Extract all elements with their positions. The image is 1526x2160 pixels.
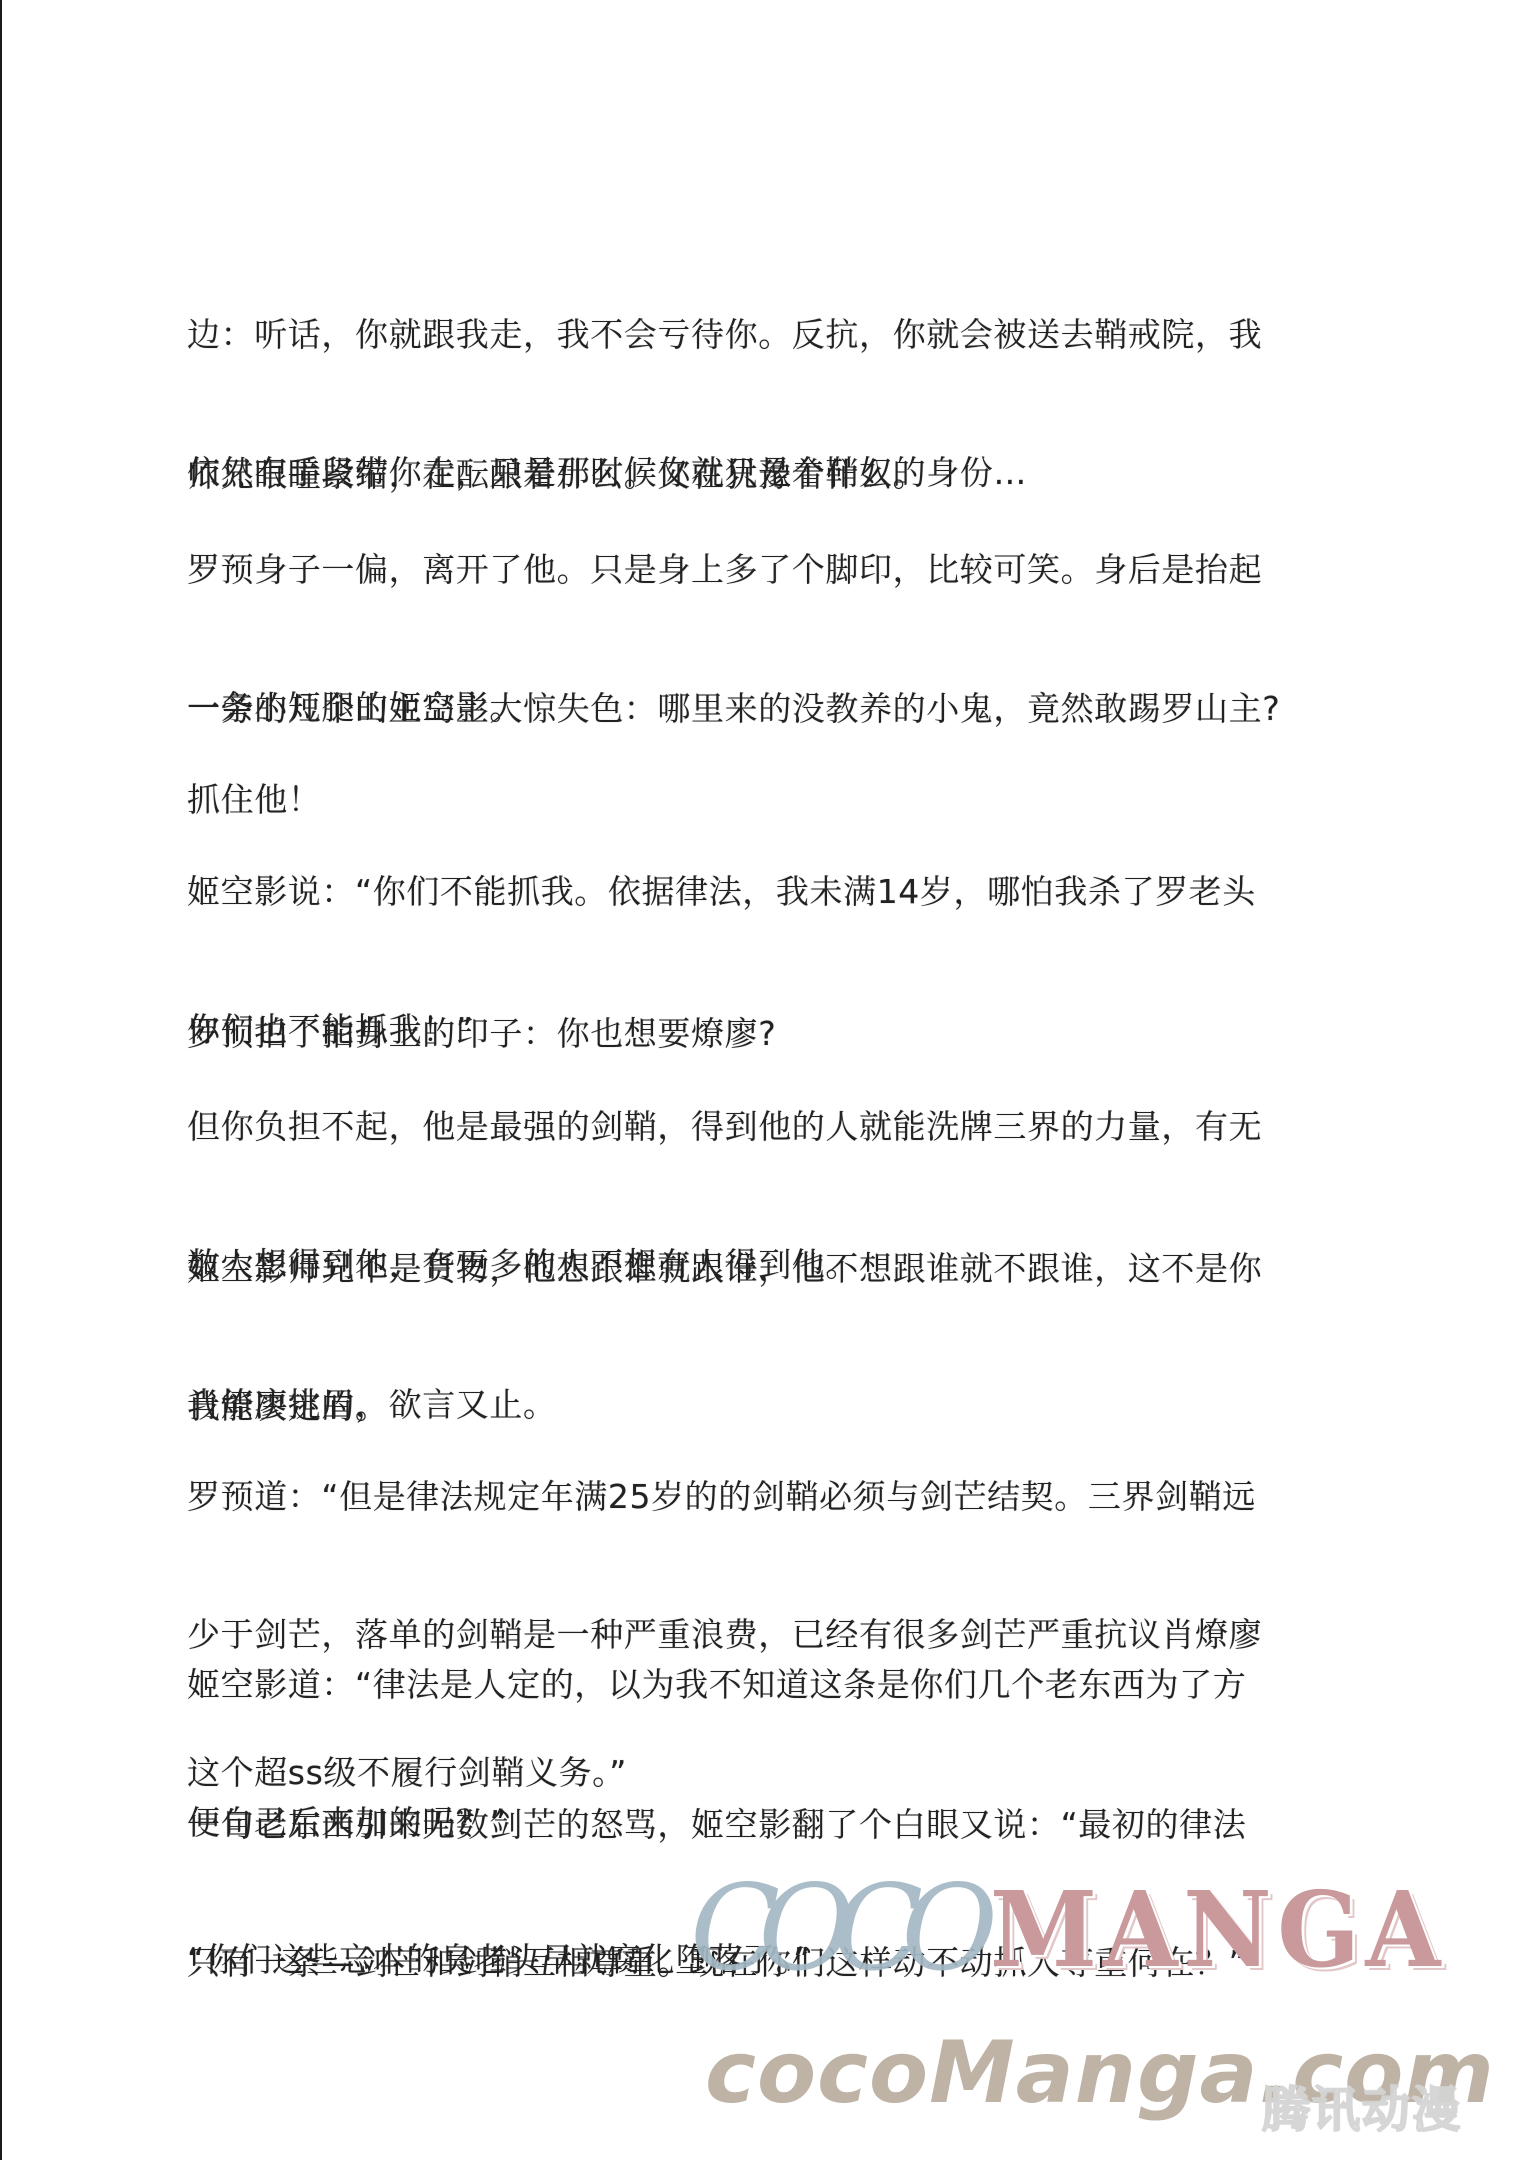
paragraph-line: “你们这些忘本的臭老头早就腐化堕落了。” [187,1937,1357,1983]
paragraph-line: 姬空影道：“律法是人定的，以为我不知道这条是你们几个老东西为了方 [187,1662,1357,1708]
paragraph-line: 姬空影说：“你们不能抓我。依据律法，我未满14岁，哪怕我杀了罗老头 [187,869,1357,915]
paragraph-line: 罗预道：“但是律法规定年满25岁的的剑鞘必须与剑芒结契。三界剑鞘远 [187,1474,1357,1520]
paragraph-line: 边：听话，你就跟我走，我不会亏待你。反抗，你就会被送去鞘戒院，我 [187,312,1357,358]
document-page: 边：听话，你就跟我走，我不会亏待你。反抗，你就会被送去鞘戒院，我 依然有手段带你… [0,0,1526,2160]
paragraph-14: “你们这些忘本的臭老头早就腐化堕落了。” [187,1845,1357,2075]
paragraph-line: 但你负担不起，他是最强的剑鞘，得到他的人就能洗牌三界的力量，有无 [187,1104,1357,1150]
paragraph-line: 一句老东西引来无数剑芒的怒骂，姬空影翻了个白眼又说：“最初的律法 [187,1802,1357,1848]
paragraph-line: 姬空影师兄不是货物，他想跟谁就跟谁，他不想跟谁就不跟谁，这不是你 [187,1246,1357,1292]
publisher-logo-watermark: 腾讯动漫 [1262,2082,1498,2138]
paragraph-line: 罗预身子一偏，离开了他。只是身上多了个脚印，比较可笑。身后是抬起 [187,547,1357,593]
